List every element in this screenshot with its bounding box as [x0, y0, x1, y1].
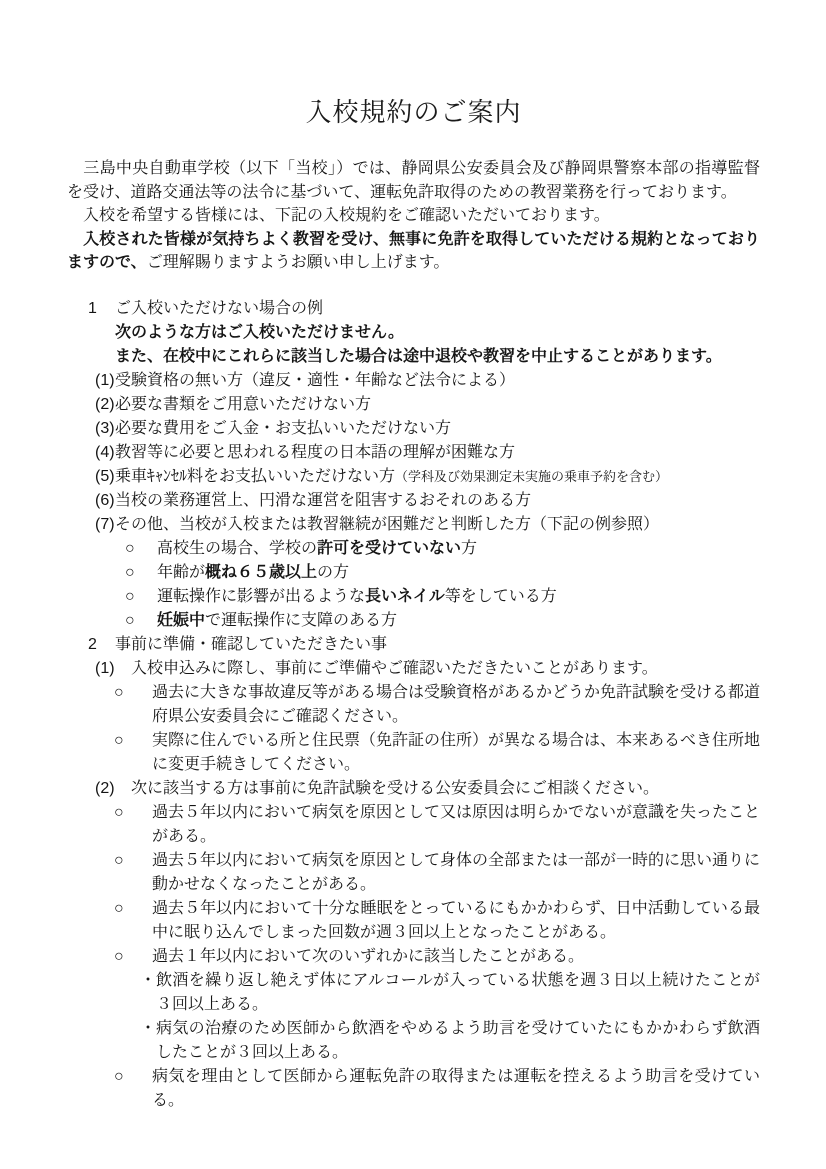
circle-item: ○ 過去１年以内において次のいずれかに該当したことがある。: [67, 945, 760, 969]
dot-marker: ・: [140, 969, 156, 1017]
circle-marker: ○: [114, 1065, 152, 1113]
circle-marker: ○: [125, 609, 157, 633]
item-text: 受験資格の無い方（違反・適性・年齢など法令による）: [115, 369, 760, 393]
circle-item-text: 過去５年以内において病気を原因として又は原因は明らかでないが意識を失ったことがあ…: [152, 801, 760, 849]
dot-item-text: 飲酒を繰り返し絶えず体にアルコールが入っている状態を週３日以上続けたことが３回以…: [156, 969, 760, 1017]
example-post: の方: [317, 564, 349, 581]
section-1-lead-2: また、在校中にこれらに該当した場合は途中退校や教習を中止することがあります。: [67, 345, 760, 369]
section-1-number: 1: [88, 297, 115, 321]
intro-paragraph-2: 入校を希望する皆様には、下記の入校規約をご確認いただいております。: [67, 204, 760, 228]
doc-title: 入校規約のご案内: [67, 96, 760, 128]
section-2-title: 事前に準備・確認していただきたい事: [115, 633, 760, 657]
section-1-heading: 1 ご入校いただけない場合の例: [67, 297, 760, 321]
list-item-1-7: (7) その他、当校が入校または教習継続が困難だと判断した方（下記の例参照）: [67, 513, 760, 537]
item-number: (7): [95, 513, 115, 537]
item-text: 次に該当する方は事前に免許試験を受ける公安委員会にご相談ください。: [115, 777, 760, 801]
section-2-number: 2: [88, 633, 115, 657]
example-item-2: ○ 年齢が概ね６５歳以上の方: [67, 561, 760, 585]
circle-marker: ○: [125, 561, 157, 585]
item-text: 必要な費用をご入金・お支払いいただけない方: [115, 417, 760, 441]
list-item-1-6: (6) 当校の業務運営上、円滑な運営を阻害するおそれのある方: [67, 489, 760, 513]
example-text: 妊娠中で運転操作に支障のある方: [157, 609, 760, 633]
circle-item: ○ 実際に住んでいる所と住民票（免許証の住所）が異なる場合は、本来あるべき住所地…: [67, 729, 760, 777]
example-text: 高校生の場合、学校の許可を受けていない方: [157, 537, 760, 561]
item-number: (2): [95, 777, 115, 801]
circle-item: ○ 過去５年以内において病気を原因として身体の全部または一部が一時的に思い通りに…: [67, 849, 760, 897]
intro-paragraph-3: 入校された皆様が気持ちよく教習を受け、無事に免許を取得していただける規約となって…: [67, 228, 760, 275]
dot-item-text: 病気の治療のため医師から飲酒をやめるよう助言を受けていたにもかかわらず飲酒したこ…: [156, 1017, 760, 1065]
example-post: で運転操作に支障のある方: [205, 612, 397, 629]
dot-item: ・ 病気の治療のため医師から飲酒をやめるよう助言を受けていたにもかかわらず飲酒し…: [67, 1017, 760, 1065]
document-page: 入校規約のご案内 三島中央自動車学校（以下「当校」）では、静岡県公安委員会及び静…: [0, 0, 826, 1169]
list-item-1-5: (5) 乗車ｷｬﾝｾﾙ料をお支払いいただけない方（学科及び効果測定未実施の乗車予…: [67, 465, 760, 489]
example-post: 等をしている方: [445, 588, 557, 605]
item-text: 当校の業務運営上、円滑な運営を阻害するおそれのある方: [115, 489, 760, 513]
circle-item: ○ 過去に大きな事故違反等がある場合は受験資格があるかどうか免許試験を受ける都道…: [67, 681, 760, 729]
circle-item-text: 過去に大きな事故違反等がある場合は受験資格があるかどうか免許試験を受ける都道府県…: [152, 681, 760, 729]
list-item-1-3: (3) 必要な費用をご入金・お支払いいただけない方: [67, 417, 760, 441]
circle-item-text: 病気を理由として医師から運転免許の取得または運転を控えるよう助言を受けている。: [152, 1065, 760, 1113]
circle-item: ○ 過去５年以内において病気を原因として又は原因は明らかでないが意識を失ったこと…: [67, 801, 760, 849]
item-number: (3): [95, 417, 115, 441]
list-item-1-1: (1) 受験資格の無い方（違反・適性・年齢など法令による）: [67, 369, 760, 393]
example-text: 運転操作に影響が出るような長いネイル等をしている方: [157, 585, 760, 609]
dot-marker: ・: [140, 1017, 156, 1065]
intro-paragraph-1: 三島中央自動車学校（以下「当校」）では、静岡県公安委員会及び静岡県警察本部の指導…: [67, 157, 760, 204]
example-text: 年齢が概ね６５歳以上の方: [157, 561, 760, 585]
circle-marker: ○: [114, 681, 152, 729]
example-post: 方: [461, 540, 477, 557]
example-pre: 高校生の場合、学校の: [157, 540, 317, 557]
item-number: (6): [95, 489, 115, 513]
example-bold: 妊娠中: [157, 612, 205, 629]
circle-marker: ○: [125, 537, 157, 561]
example-bold: 長いネイル: [365, 588, 445, 605]
circle-marker: ○: [125, 585, 157, 609]
circle-item-text: 実際に住んでいる所と住民票（免許証の住所）が異なる場合は、本来あるべき住所地に変…: [152, 729, 760, 777]
circle-item: ○ 病気を理由として医師から運転免許の取得または運転を控えるよう助言を受けている…: [67, 1065, 760, 1113]
item-text-main: 乗車ｷｬﾝｾﾙ料をお支払いいただけない方: [115, 468, 395, 485]
circle-item-text: 過去５年以内において十分な睡眠をとっているにもかかわらず、日中活動している最中に…: [152, 897, 760, 945]
example-pre: 年齢が: [157, 564, 205, 581]
item-number: (2): [95, 393, 115, 417]
item-text: 乗車ｷｬﾝｾﾙ料をお支払いいただけない方（学科及び効果測定未実施の乗車予約を含む…: [115, 465, 760, 489]
circle-item-text: 過去１年以内において次のいずれかに該当したことがある。: [152, 945, 760, 969]
circle-marker: ○: [114, 729, 152, 777]
list-item-1-4: (4) 教習等に必要と思われる程度の日本語の理解が困難な方: [67, 441, 760, 465]
example-bold: 許可を受けていない: [317, 540, 461, 557]
example-item-3: ○ 運転操作に影響が出るような長いネイル等をしている方: [67, 585, 760, 609]
intro-section: 三島中央自動車学校（以下「当校」）では、静岡県公安委員会及び静岡県警察本部の指導…: [67, 157, 760, 275]
list-item-2-2: (2) 次に該当する方は事前に免許試験を受ける公安委員会にご相談ください。: [67, 777, 760, 801]
item-text: 必要な書類をご用意いただけない方: [115, 393, 760, 417]
section-1-lead-1: 次のような方はご入校いただけません。: [67, 321, 760, 345]
item-text: その他、当校が入校または教習継続が困難だと判断した方（下記の例参照）: [115, 513, 760, 537]
section-1: 1 ご入校いただけない場合の例 次のような方はご入校いただけません。 また、在校…: [67, 297, 760, 633]
example-bold: 概ね６５歳以上: [205, 564, 317, 581]
example-pre: 運転操作に影響が出るような: [157, 588, 365, 605]
list-item-1-2: (2) 必要な書類をご用意いただけない方: [67, 393, 760, 417]
item-number: (4): [95, 441, 115, 465]
list-item-2-1: (1) 入校申込みに際し、事前にご準備やご確認いただきたいことがあります。: [67, 657, 760, 681]
item-text: 教習等に必要と思われる程度の日本語の理解が困難な方: [115, 441, 760, 465]
section-2-heading: 2 事前に準備・確認していただきたい事: [67, 633, 760, 657]
example-item-1: ○ 高校生の場合、学校の許可を受けていない方: [67, 537, 760, 561]
circle-marker: ○: [114, 945, 152, 969]
item-text: 入校申込みに際し、事前にご準備やご確認いただきたいことがあります。: [115, 657, 760, 681]
circle-marker: ○: [114, 849, 152, 897]
item-number: (1): [95, 369, 115, 393]
item-number: (1): [95, 657, 115, 681]
item-number: (5): [95, 465, 115, 489]
circle-marker: ○: [114, 897, 152, 945]
dot-item: ・ 飲酒を繰り返し絶えず体にアルコールが入っている状態を週３日以上続けたことが３…: [67, 969, 760, 1017]
intro-paragraph-3-rest: ご理解賜りますようお願い申し上げます。: [147, 254, 450, 271]
circle-item: ○ 過去５年以内において十分な睡眠をとっているにもかかわらず、日中活動している最…: [67, 897, 760, 945]
item-text-note: （学科及び効果測定未実施の乗車予約を含む）: [395, 469, 668, 484]
circle-item-text: 過去５年以内において病気を原因として身体の全部または一部が一時的に思い通りに動か…: [152, 849, 760, 897]
example-item-4: ○ 妊娠中で運転操作に支障のある方: [67, 609, 760, 633]
section-2: 2 事前に準備・確認していただきたい事 (1) 入校申込みに際し、事前にご準備や…: [67, 633, 760, 1113]
circle-marker: ○: [114, 801, 152, 849]
section-1-title: ご入校いただけない場合の例: [115, 297, 760, 321]
